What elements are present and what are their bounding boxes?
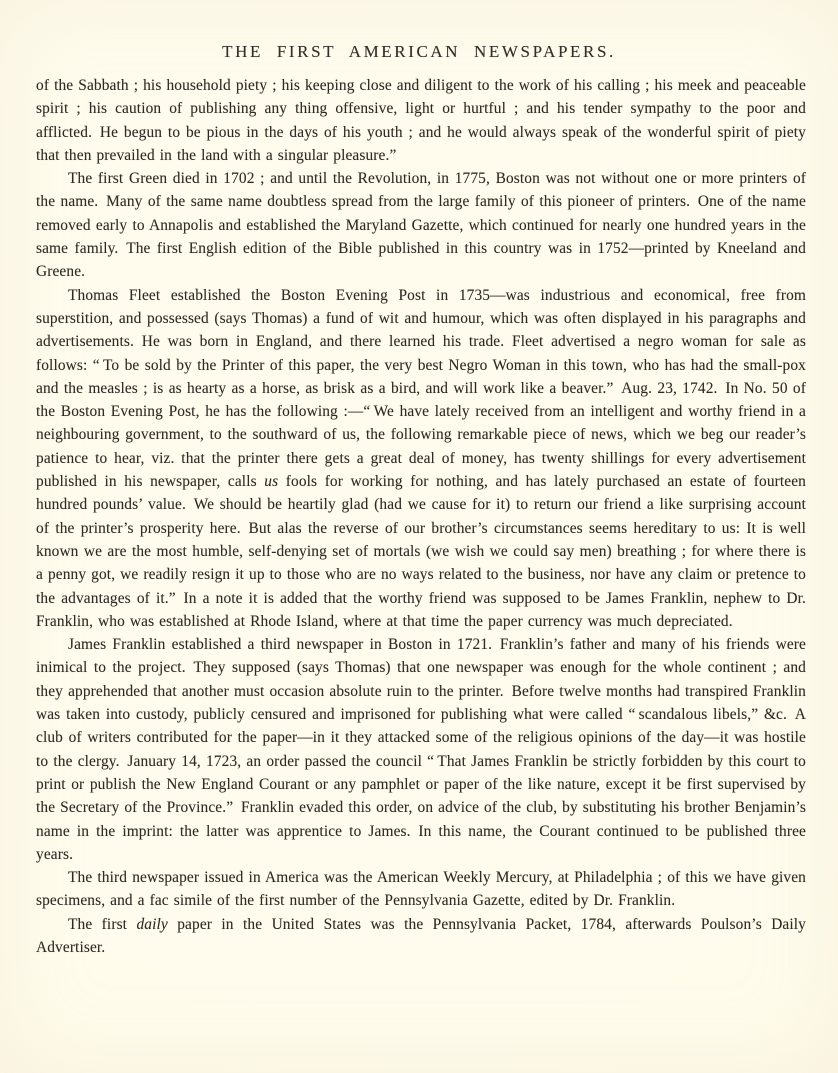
text-run: The first Green died in 1702 ; and until… (36, 170, 806, 280)
text-run: The first (68, 916, 136, 933)
paragraph: The third newspaper issued in America wa… (36, 866, 806, 913)
text-run: The third newspaper issued in America wa… (36, 869, 806, 909)
paragraph: The first daily paper in the United Stat… (36, 913, 806, 960)
page-title: THE FIRST AMERICAN NEWSPAPERS. (0, 42, 838, 62)
text-run: fools for working for nothing, and has l… (36, 473, 806, 630)
italic-text-run: us (264, 473, 278, 490)
italic-text-run: daily (136, 916, 167, 933)
text-run: Thomas Fleet established the Boston Even… (36, 287, 806, 490)
paragraph: James Franklin established a third newsp… (36, 633, 806, 866)
paragraph: of the Sabbath ; his household piety ; h… (36, 74, 806, 167)
page-body: of the Sabbath ; his household piety ; h… (36, 74, 806, 959)
text-run: of the Sabbath ; his household piety ; h… (36, 77, 806, 164)
paragraph: Thomas Fleet established the Boston Even… (36, 284, 806, 633)
paragraph: The first Green died in 1702 ; and until… (36, 167, 806, 283)
text-run: James Franklin established a third newsp… (36, 636, 806, 863)
book-page: THE FIRST AMERICAN NEWSPAPERS. of the Sa… (0, 0, 838, 1073)
